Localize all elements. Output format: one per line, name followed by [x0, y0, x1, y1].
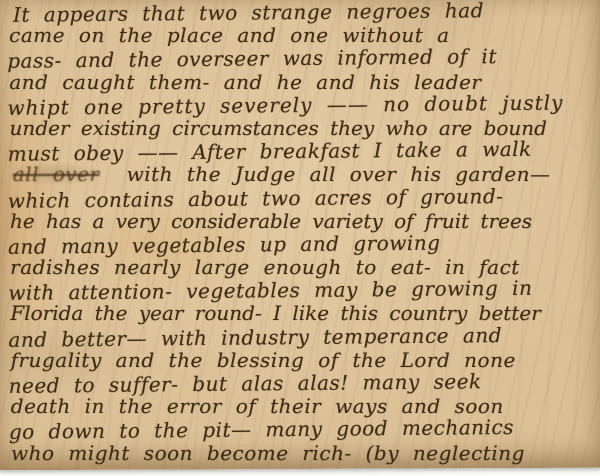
manuscript-line: all overwith the Judge all over his gard… [10, 163, 600, 186]
manuscript-line: frugality and the blessing of the Lord n… [11, 349, 600, 372]
manuscript-line: came on the place and one without a [9, 24, 600, 47]
struck-out-text: all over [10, 162, 103, 186]
manuscript-line: he has a very considerable variety of fr… [10, 210, 600, 233]
manuscript-line-text: with the Judge all over his garden— [127, 162, 551, 186]
scanned-document: It appears that two strange negroes had … [0, 0, 600, 476]
manuscript-line: who might soon become rich- (by neglecti… [11, 442, 600, 465]
manuscript-text: It appears that two strange negroes had … [7, 0, 600, 466]
manuscript-page: It appears that two strange negroes had … [0, 0, 600, 470]
manuscript-line: Florida the year round- I like this coun… [10, 302, 600, 325]
